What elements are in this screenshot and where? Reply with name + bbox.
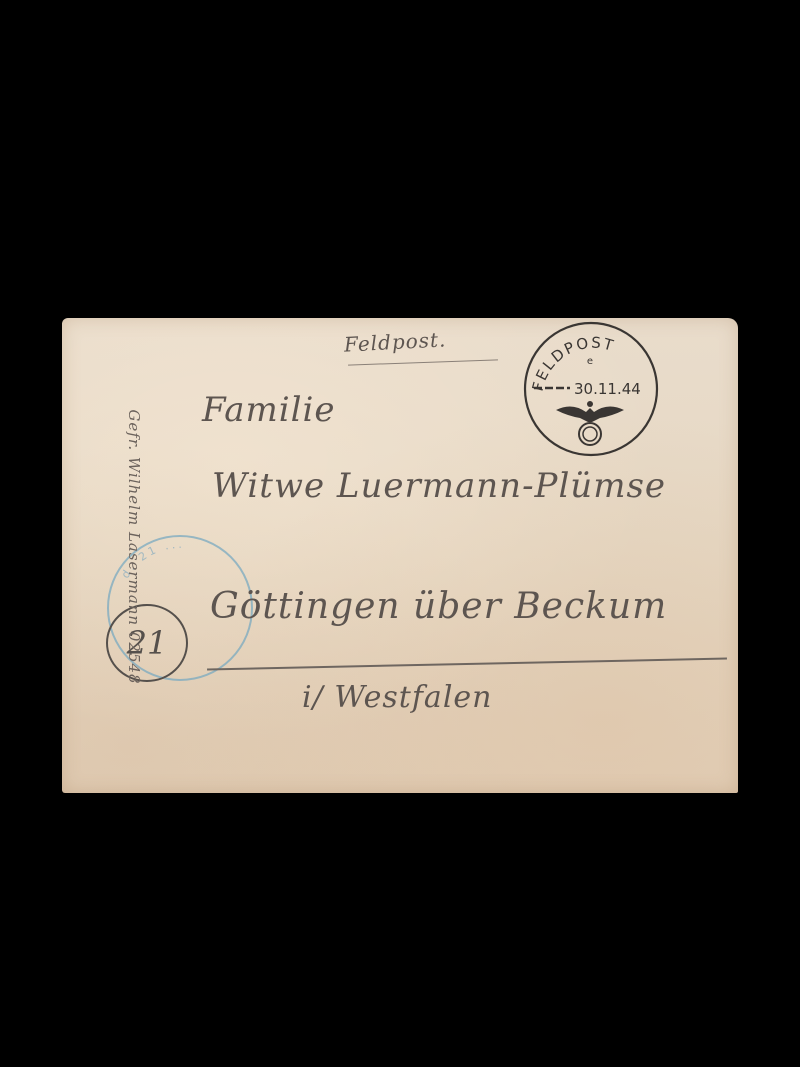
address-underline [207, 658, 727, 671]
feldpost-handwritten-label: Feldpost. [343, 327, 446, 356]
circled-number-mark: 21 [104, 600, 190, 686]
envelope: Feldpost. FELDPOST e 30.11.44 d. 21 ... … [62, 318, 738, 793]
feldpost-postmark: FELDPOST e 30.11.44 [520, 318, 662, 460]
recipient-line-3: Göttingen über Beckum [210, 586, 667, 627]
recipient-line-4: i/ Westfalen [302, 680, 493, 715]
postmark-code-letter: e [587, 356, 593, 367]
sender-vertical-text: Gefr. Wilhelm Lasermann 02548 [125, 327, 143, 767]
postmark-date: 30.11.44 [574, 380, 641, 398]
recipient-line-1: Familie [202, 390, 336, 430]
feldpost-underline [348, 359, 498, 365]
recipient-line-2: Witwe Luermann-Plümse [212, 466, 666, 506]
eagle-emblem-icon [556, 401, 624, 445]
